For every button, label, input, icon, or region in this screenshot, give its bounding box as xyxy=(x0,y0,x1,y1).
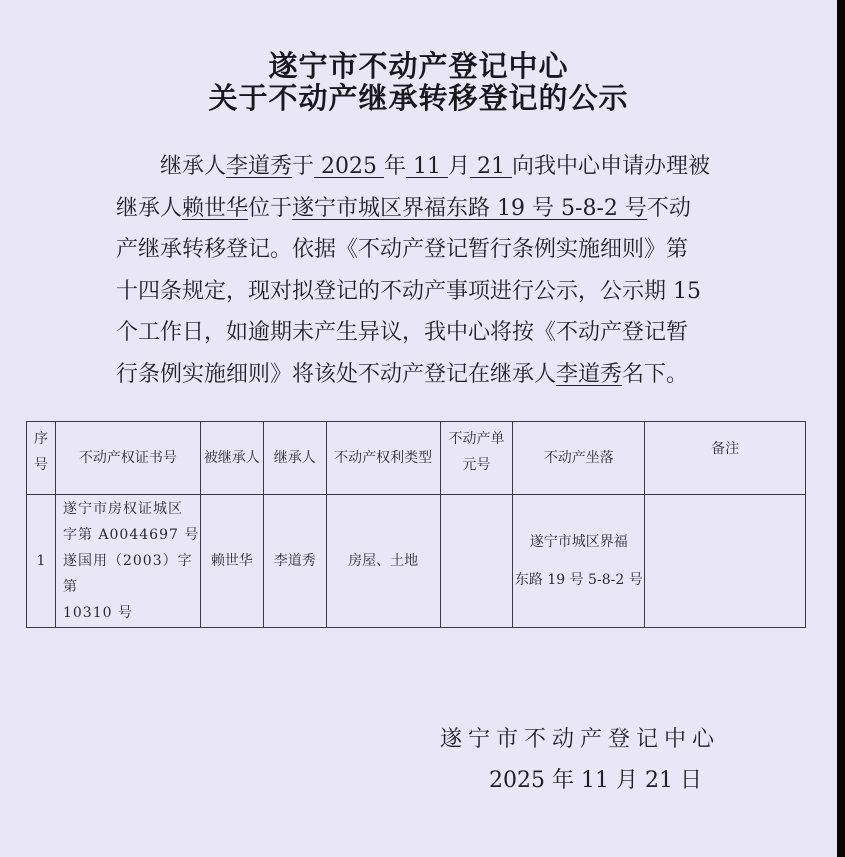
body-line-2: 继承人赖世华位于遂宁市城区界福东路 19 号 5-8-2 号不动 xyxy=(116,188,716,230)
signature-org: 遂宁市不动产登记中心 xyxy=(440,722,720,753)
document-title-subject: 关于不动产继承转移登记的公示 xyxy=(0,76,837,117)
text: 继承人 xyxy=(160,154,226,179)
text: 遂国用（2003）字第 xyxy=(63,548,200,600)
apply-month: 11 xyxy=(406,154,448,179)
text: 号 xyxy=(34,457,48,473)
apply-day: 21 xyxy=(470,154,512,179)
heir-name: 李道秀 xyxy=(226,154,292,179)
property-address: 遂宁市城区界福东路 19 号 5-8-2 号 xyxy=(292,196,647,221)
document-page: 遂宁市不动产登记中心 关于不动产继承转移登记的公示 继承人李道秀于 2025 年… xyxy=(0,0,837,857)
text: 年 xyxy=(384,154,406,179)
scan-edge xyxy=(837,0,845,857)
text: 于 xyxy=(292,154,314,179)
cell-location: 遂宁市城区界福 东路 19 号 5-8-2 号 xyxy=(513,495,645,628)
text: 遂宁市城区界福 xyxy=(513,523,644,561)
heir-name: 李道秀 xyxy=(556,362,622,387)
signature-date: 2025 年 11 月 21 日 xyxy=(489,763,702,794)
cell-right-type: 房屋、土地 xyxy=(326,495,440,628)
text: 字第 A0044697 号 xyxy=(63,522,200,548)
body-line-5: 个工作日，如逾期未产生异议，我中心将按《不动产登记暂 xyxy=(116,312,716,354)
text: 月 xyxy=(448,154,470,179)
body-line-6: 行条例实施细则》将该处不动产登记在继承人李道秀名下。 xyxy=(116,354,716,396)
header-heir: 继承人 xyxy=(263,422,326,495)
text: 继承人 xyxy=(116,196,182,221)
cell-heir: 李道秀 xyxy=(263,495,326,628)
text: 元号 xyxy=(462,457,490,473)
header-unit-no: 不动产单元号 xyxy=(440,422,513,495)
text: 名下。 xyxy=(622,362,688,387)
header-cert-no: 不动产权证书号 xyxy=(55,422,200,495)
cell-remark xyxy=(645,495,806,628)
cell-decedent: 赖世华 xyxy=(200,495,263,628)
body-line-3: 产继承转移登记。依据《不动产登记暂行条例实施细则》第 xyxy=(116,229,716,271)
table-row: 1 遂宁市房权证城区 字第 A0044697 号 遂国用（2003）字第 103… xyxy=(27,495,806,628)
body-line-4: 十四条规定，现对拟登记的不动产事项进行公示，公示期 15 xyxy=(116,271,716,313)
header-right-type: 不动产权利类型 xyxy=(326,422,440,495)
property-table: 序号 不动产权证书号 被继承人 继承人 不动产权利类型 不动产单元号 不动产坐落… xyxy=(26,421,806,628)
text: 东路 19 号 5-8-2 号 xyxy=(513,561,644,599)
text: 10310 号 xyxy=(63,600,200,626)
header-seq: 序号 xyxy=(27,422,56,495)
cell-cert-no: 遂宁市房权证城区 字第 A0044697 号 遂国用（2003）字第 10310… xyxy=(55,495,200,628)
header-location: 不动产坐落 xyxy=(513,422,645,495)
text: 位于 xyxy=(248,196,292,221)
text: 行条例实施细则》将该处不动产登记在继承人 xyxy=(116,362,556,387)
text: 遂宁市房权证城区 xyxy=(63,496,200,522)
cell-unit-no xyxy=(440,495,513,628)
decedent-name: 赖世华 xyxy=(182,196,248,221)
table-header-row: 序号 不动产权证书号 被继承人 继承人 不动产权利类型 不动产单元号 不动产坐落… xyxy=(27,422,806,495)
text: 序 xyxy=(34,431,48,447)
apply-year: 2025 xyxy=(314,154,384,179)
text: 不动 xyxy=(647,196,691,221)
cell-seq: 1 xyxy=(27,495,56,628)
header-remark: 备注 xyxy=(645,422,806,495)
notice-body: 继承人李道秀于 2025 年 11 月 21 向我中心申请办理被 继承人赖世华位… xyxy=(116,146,716,395)
header-decedent: 被继承人 xyxy=(200,422,263,495)
text: 向我中心申请办理被 xyxy=(512,154,710,179)
body-line-1: 继承人李道秀于 2025 年 11 月 21 向我中心申请办理被 xyxy=(116,146,716,188)
text: 不动产单 xyxy=(448,431,504,447)
